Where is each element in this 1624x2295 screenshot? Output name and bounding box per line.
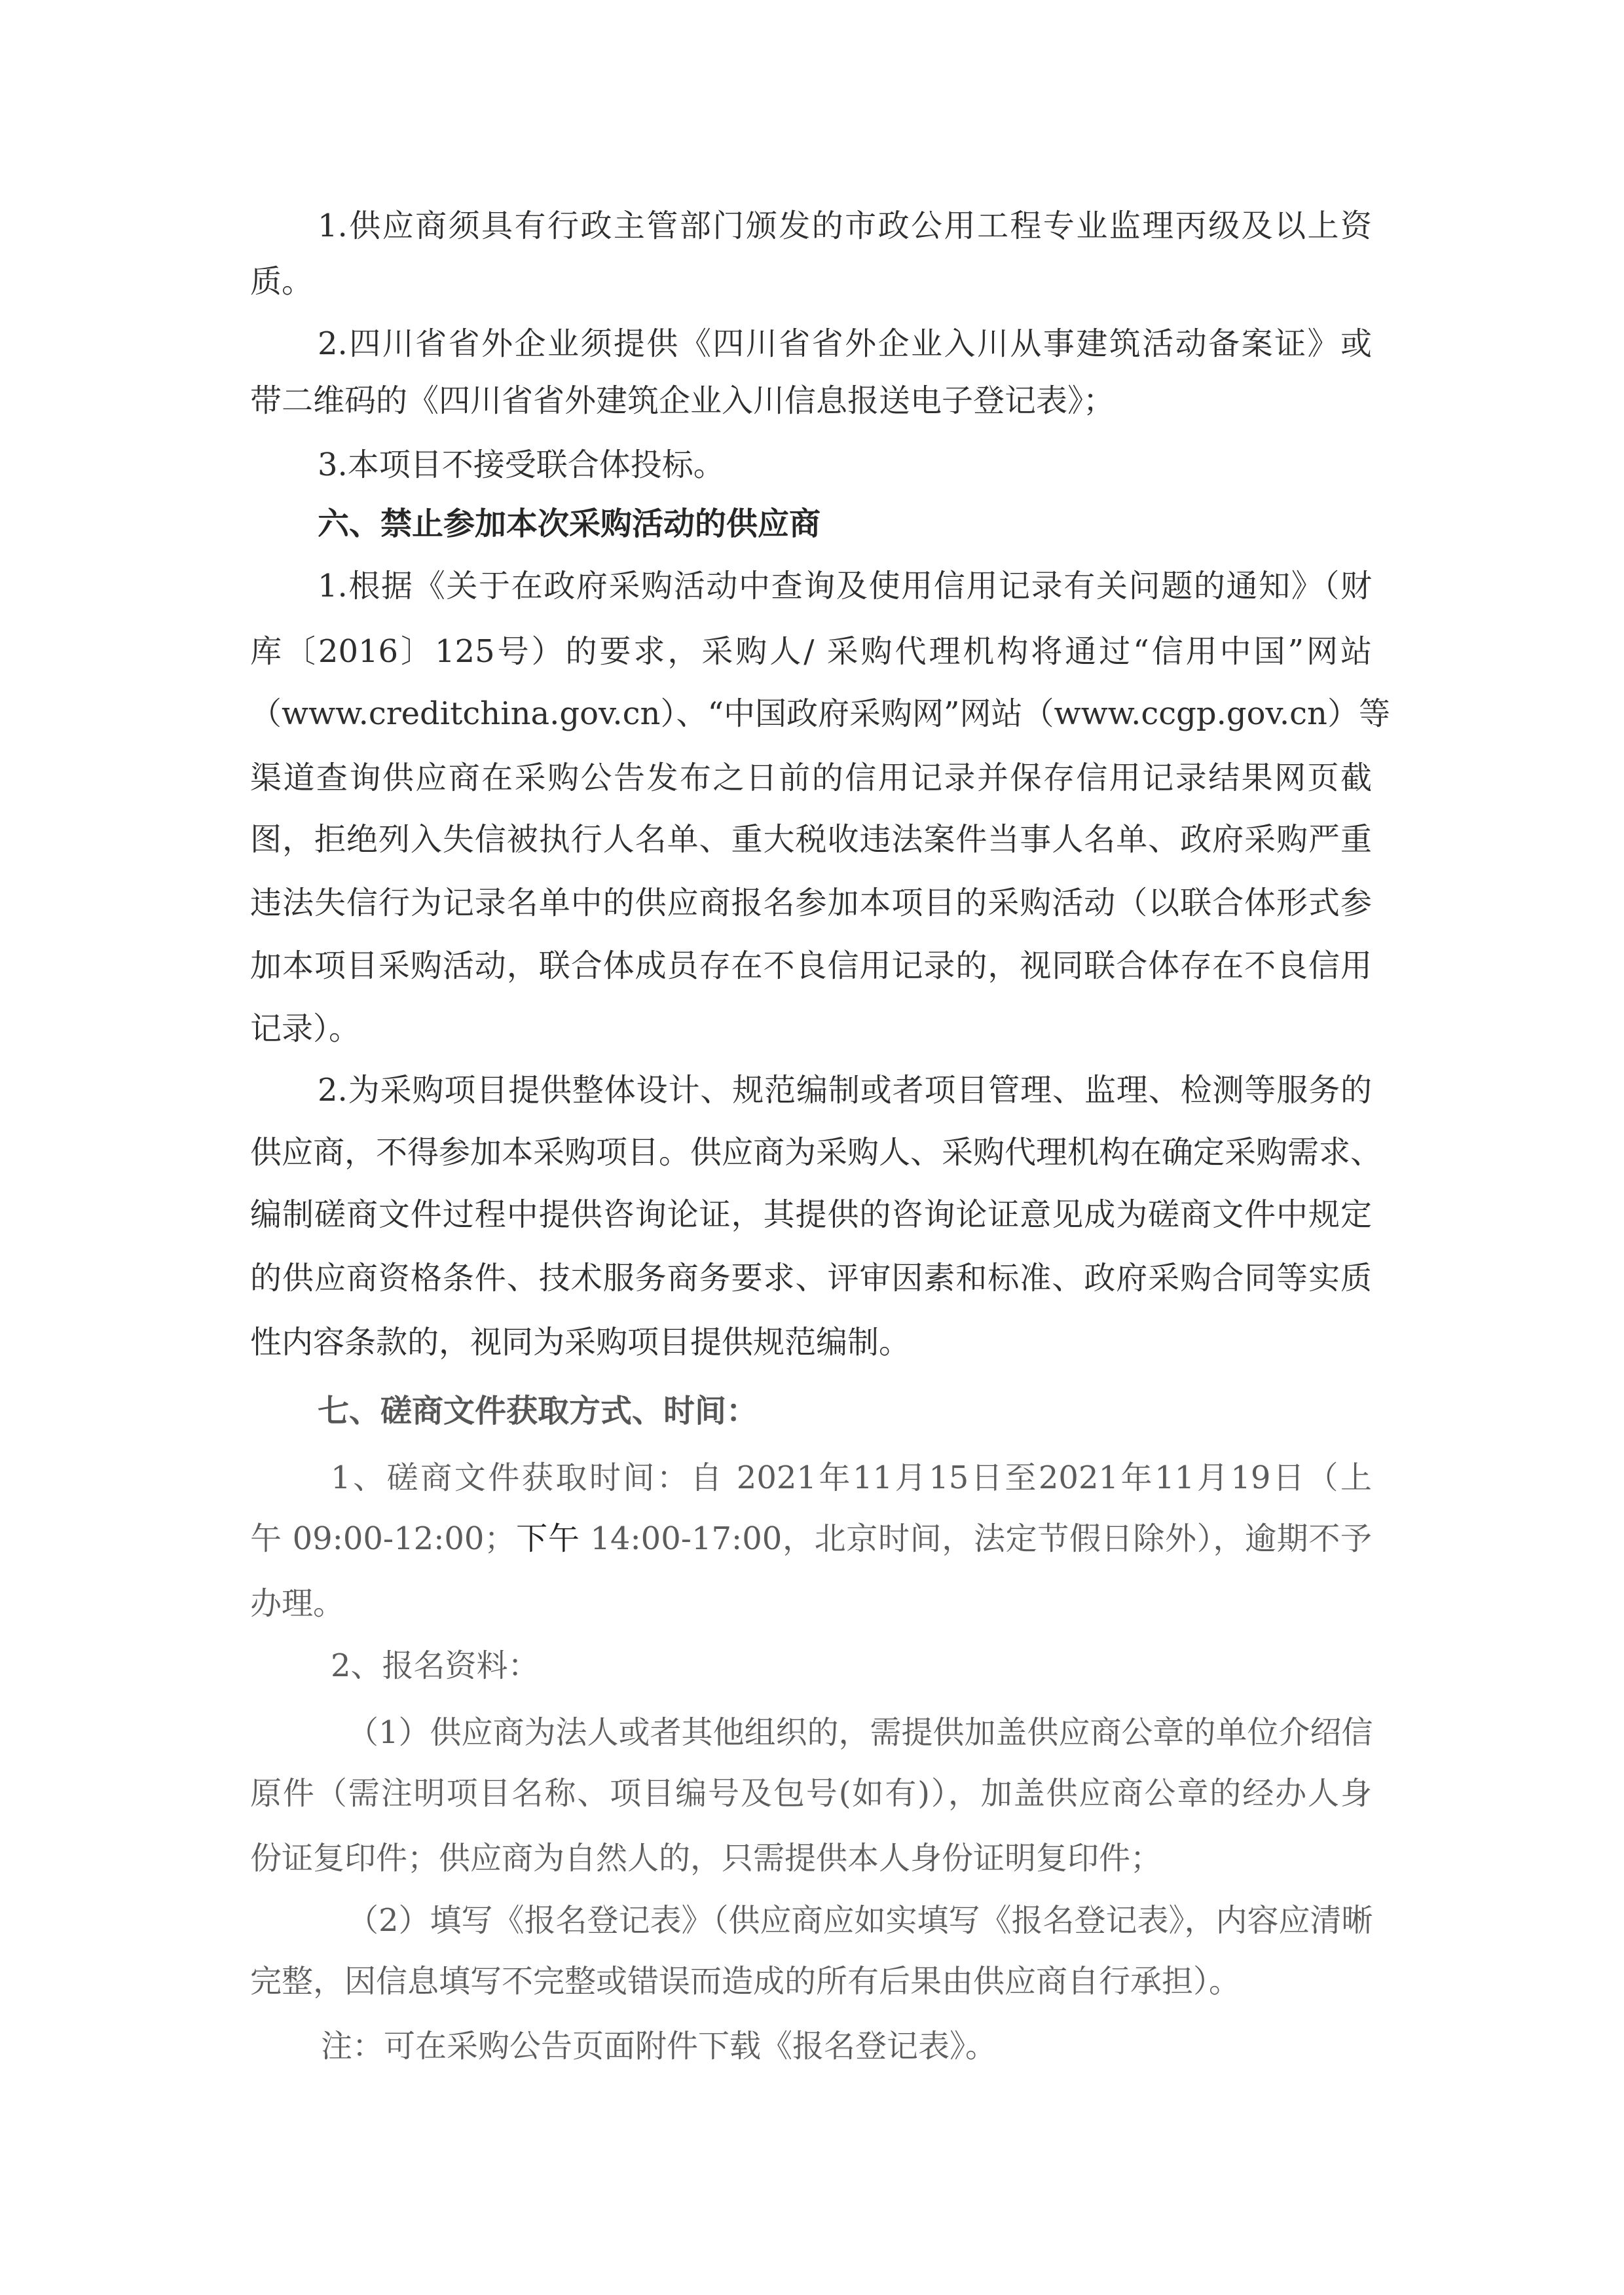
qualification-item-2-line-2: 带二维码的《四川省省外建筑企业入川信息报送电子登记表》； [250,381,1372,420]
afternoon-hours-text: 14:00-17:00，北京时间，法定节假日除外），逾期不予 [580,1520,1373,1557]
section-7-item-2-heading: 2、报名资料： [331,1646,1372,1685]
afternoon-label: 下午 [515,1520,580,1557]
section-6-item-1-line-3: （www.creditchina.gov.cn）、“中国政府采购网”网站（www… [250,694,1372,733]
morning-hours-text: 午 09:00-12:00； [250,1520,515,1557]
section-7-item-2-sub-1-line-2: 原件（需注明项目名称、项目编号及包号(如有)），加盖供应商公章的经办人身 [250,1774,1372,1813]
registration-form-note: 注：可在采购公告页面附件下载《报名登记表》。 [321,2027,1443,2066]
section-6-item-2-line-1: 2.为采购项目提供整体设计、规范编制或者项目管理、监理、检测等服务的 [318,1071,1372,1110]
qualification-item-2-line-1: 2.四川省省外企业须提供《四川省省外企业入川从事建筑活动备案证》或 [318,324,1372,363]
section-7-item-2-sub-1-line-3: 份证复印件；供应商为自然人的，只需提供本人身份证明复印件； [250,1839,1372,1878]
section-7-item-2-sub-1-line-1: （1）供应商为法人或者其他组织的，需提供加盖供应商公章的单位介绍信 [347,1713,1372,1752]
section-7-heading: 七、磋商文件获取方式、时间： [318,1391,1372,1431]
section-6-item-1-line-4: 渠道查询供应商在采购公告发布之日前的信用记录并保存信用记录结果网页截 [250,758,1372,798]
section-7-item-1-line-1: 1、磋商文件获取时间：自 2021年11月15日至2021年11月19日（上 [331,1458,1372,1497]
qualification-item-3: 3.本项目不接受联合体投标。 [318,445,1372,485]
section-7-item-1-line-2: 午 09:00-12:00；下午 14:00-17:00，北京时间，法定节假日除… [250,1519,1372,1558]
section-6-item-2-line-5: 性内容条款的，视同为采购项目提供规范编制。 [250,1323,1372,1362]
section-6-item-2-line-3: 编制磋商文件过程中提供咨询论证，其提供的咨询论证意见成为磋商文件中规定 [250,1195,1372,1234]
section-7-item-1-line-3: 办理。 [250,1584,1372,1623]
section-7-item-2-sub-2-line-1: （2）填写《报名登记表》（供应商应如实填写《报名登记表》，内容应清晰 [347,1901,1372,1940]
section-6-item-2-line-2: 供应商，不得参加本采购项目。供应商为采购人、采购代理机构在确定采购需求、 [250,1133,1372,1172]
section-6-item-1-line-2: 库〔2016〕125号）的要求，采购人/ 采购代理机构将通过“信用中国”网站 [250,632,1372,671]
qualification-item-1-line-1: 1.供应商须具有行政主管部门颁发的市政公用工程专业监理丙级及以上资 [318,206,1372,246]
section-6-item-1-line-6: 违法失信行为记录名单中的供应商报名参加本项目的采购活动（以联合体形式参 [250,883,1372,923]
section-6-item-1-line-5: 图，拒绝列入失信被执行人名单、重大税收违法案件当事人名单、政府采购严重 [250,820,1372,859]
section-6-item-1-line-7: 加本项目采购活动，联合体成员存在不良信用记录的，视同联合体存在不良信用 [250,946,1372,985]
section-6-item-2-line-4: 的供应商资格条件、技术服务商务要求、评审因素和标准、政府采购合同等实质 [250,1258,1372,1298]
section-6-item-1-line-1: 1.根据《关于在政府采购活动中查询及使用信用记录有关问题的通知》（财 [318,566,1372,606]
section-6-heading: 六、禁止参加本次采购活动的供应商 [318,504,1372,543]
section-7-item-2-sub-2-line-2: 完整，因信息填写不完整或错误而造成的所有后果由供应商自行承担）。 [250,1962,1372,2001]
document-page: 1.供应商须具有行政主管部门颁发的市政公用工程专业监理丙级及以上资 质。 2.四… [0,0,1624,2295]
section-6-item-1-line-8: 记录）。 [250,1009,1372,1048]
qualification-item-1-line-2: 质。 [250,262,1372,301]
